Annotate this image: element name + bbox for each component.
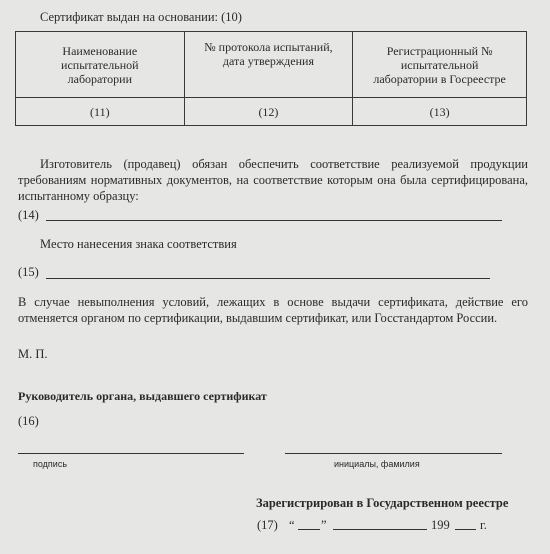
field-12: (12) [184, 98, 353, 126]
header-line: испытательной [61, 58, 139, 72]
revocation-paragraph: В случае невыполнения условий, лежащих в… [18, 294, 528, 326]
header-line: дата утверждения [223, 54, 314, 68]
head-title: Руководитель органа, выдавшего сертифика… [18, 388, 267, 404]
manufacturer-paragraph: Изготовитель (продавец) обязан обеспечит… [18, 156, 528, 204]
header-line: лаборатории в Госреестре [373, 72, 506, 86]
basis-intro: Сертификат выдан на основании: (10) [40, 9, 242, 25]
field-15-line[interactable] [46, 278, 490, 279]
lab-table-values-row: (11) (12) (13) [16, 98, 527, 126]
registry-number-header: Регистрационный № испытательной лаборато… [353, 32, 527, 98]
date-quote-close: ” [321, 517, 327, 533]
field-14-line[interactable] [46, 220, 502, 221]
field-15-label: (15) [18, 264, 39, 280]
header-line: лаборатории [68, 72, 132, 86]
protocol-header: № протокола испытаний, дата утверждения [184, 32, 353, 98]
field-14-label: (14) [18, 207, 39, 223]
name-line[interactable] [285, 453, 502, 454]
day-line[interactable] [298, 529, 320, 530]
field-17-label: (17) [257, 517, 278, 533]
header-line: № протокола испытаний, [204, 40, 332, 54]
signature-line[interactable] [18, 453, 244, 454]
lab-table-header-row: Наименование испытательной лаборатории №… [16, 32, 527, 98]
lab-table: Наименование испытательной лаборатории №… [15, 31, 527, 126]
mark-place-label: Место нанесения знака соответствия [40, 236, 237, 252]
stamp-place: М. П. [18, 346, 48, 362]
header-line: испытательной [401, 58, 479, 72]
lab-name-header: Наименование испытательной лаборатории [16, 32, 185, 98]
header-line: Наименование [62, 44, 137, 58]
field-13: (13) [353, 98, 527, 126]
signature-caption: подпись [33, 459, 67, 469]
year-line[interactable] [455, 529, 476, 530]
name-caption: инициалы, фамилия [334, 459, 420, 469]
field-11: (11) [16, 98, 185, 126]
date-quote-open: “ [289, 517, 295, 533]
header-line: Регистрационный № [387, 44, 493, 58]
year-suffix: г. [480, 517, 487, 533]
field-16-label: (16) [18, 413, 39, 429]
year-prefix: 199 [431, 517, 450, 533]
month-line[interactable] [333, 529, 427, 530]
registry-title: Зарегистрирован в Государственном реестр… [256, 495, 508, 511]
